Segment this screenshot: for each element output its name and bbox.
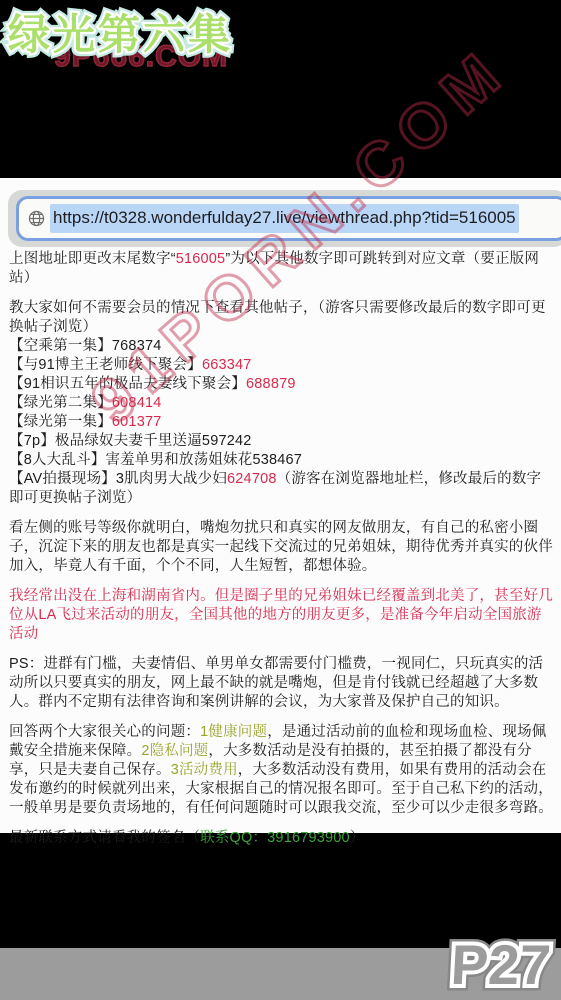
content-panel: https://t0328.wonderfulday27.live/viewth… — [0, 178, 561, 833]
text-segment: 【AV拍摄现场】3肌肉男大战少妇 — [9, 471, 227, 487]
paragraph-qa: 回答两个大家很关心的问题：1健康问题，是通过活动前的血检和现场血检、现场佩戴安全… — [9, 723, 554, 818]
text-segment: 教大家如何不需要会员的情况下查看其他帖子，（游客只需要修改最后的数字即可更换帖子… — [9, 300, 546, 335]
paragraph-contact: 最新联系方式请看我的签名（联系QQ：3916793900） — [9, 829, 554, 848]
globe-icon — [28, 210, 45, 227]
text-segment: ） — [350, 830, 365, 846]
text-segment: 663347 — [202, 357, 252, 373]
url-bar-field[interactable]: https://t0328.wonderfulday27.live/viewth… — [16, 196, 561, 241]
text-segment: 601377 — [112, 414, 162, 430]
text-segment: 【8人大乱斗】害羞单男和放荡姐妹花538467 — [9, 452, 302, 468]
url-bar[interactable]: https://t0328.wonderfulday27.live/viewth… — [8, 190, 561, 247]
text-segment: 624708 — [227, 471, 277, 487]
text-segment: 我经常出没在上海和湖南省内。但是圈子里的兄弟姐妹已经覆盖到北美了，甚至好几位从L… — [9, 588, 553, 642]
thread-list-item: 【绿光第二集】608414 — [9, 394, 554, 413]
page-number-text: P27 — [450, 932, 553, 997]
text-segment: 3活动费用 — [171, 762, 238, 778]
url-text: https://t0328.wonderfulday27.live/viewth… — [50, 204, 519, 233]
text-segment: 【绿光第二集】 — [9, 395, 112, 411]
thread-list: 【空乘第一集】768374 【与91博主王老师线下聚会】663347 【91相识… — [9, 337, 554, 508]
thread-list-item: 【绿光第一集】601377 — [9, 413, 554, 432]
text-segment: 2隐私问题 — [141, 743, 208, 759]
text-segment: 【7p】极品绿奴夫妻千里送逼597242 — [9, 433, 252, 449]
paragraph-howto: 教大家如何不需要会员的情况下查看其他帖子，（游客只需要修改最后的数字即可更换帖子… — [9, 299, 554, 337]
footer-bar: P27 P27 P27 — [0, 948, 561, 1000]
text-segment: PS：进群有门槛，夫妻情侣、单男单女都需要付门槛费，一视同仁，只玩真实的活动所以… — [9, 656, 543, 710]
text-segment: 【绿光第一集】 — [9, 414, 112, 430]
text-segment: 看左侧的账号等级你就明白，嘴炮勿扰只和真实的网友做朋友，有自己的私密小圈子，沉淀… — [9, 520, 553, 574]
text-segment: 联系QQ：3916793900 — [200, 830, 350, 846]
thread-list-item: 【AV拍摄现场】3肌肉男大战少妇624708（游客在浏览器地址栏，修改最后的数字… — [9, 470, 554, 508]
paragraph-ps: PS：进群有门槛，夫妻情侣、单男单女都需要付门槛费，一视同仁，只玩真实的活动所以… — [9, 655, 554, 712]
page-title-text: 绿光第六集 — [8, 2, 233, 62]
text-segment: 【与91博主王老师线下聚会】 — [9, 357, 202, 373]
screenshot-root: 绿光第六集 绿光第六集 绿光第六集 9P666.COM https://t032… — [0, 0, 561, 1000]
text-segment: 【空乘第一集】768374 — [9, 338, 162, 354]
thread-list-item: 【8人大乱斗】害羞单男和放荡姐妹花538467 — [9, 451, 554, 470]
text-segment: 1健康问题 — [200, 724, 267, 740]
text-segment: 【91相识五年的极品夫妻线下聚会】 — [9, 376, 246, 392]
thread-list-item: 【91相识五年的极品夫妻线下聚会】688879 — [9, 375, 554, 394]
thread-list-item: 【7p】极品绿奴夫妻千里送逼597242 — [9, 432, 554, 451]
text-segment: 516005 — [176, 251, 226, 267]
text-segment: 608414 — [112, 395, 162, 411]
thread-list-item: 【与91博主王老师线下聚会】663347 — [9, 356, 554, 375]
text-segment: 最新联系方式请看我的签名（ — [9, 830, 200, 846]
paragraph-intro: 上图地址即更改末尾数字“516005”为以下其他数字即可跳转到对应文章（要正版网… — [9, 250, 554, 288]
paragraph-circle: 看左侧的账号等级你就明白，嘴炮勿扰只和真实的网友做朋友，有自己的私密小圈子，沉淀… — [9, 519, 554, 576]
post-content: 上图地址即更改末尾数字“516005”为以下其他数字即可跳转到对应文章（要正版网… — [9, 250, 554, 848]
thread-list-item: 【空乘第一集】768374 — [9, 337, 554, 356]
paragraph-travel: 我经常出没在上海和湖南省内。但是圈子里的兄弟姐妹已经覆盖到北美了，甚至好几位从L… — [9, 587, 554, 644]
text-segment: 上图地址即更改末尾数字“ — [9, 251, 176, 267]
text-segment: 688879 — [246, 376, 296, 392]
text-segment: 回答两个大家很关心的问题： — [9, 724, 200, 740]
